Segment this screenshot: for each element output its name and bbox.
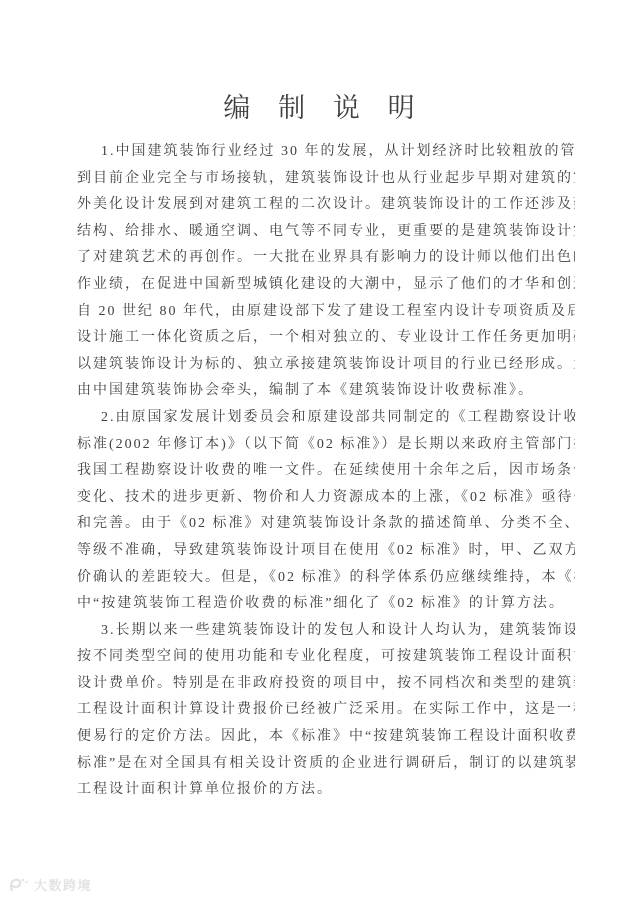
brand-logo-icon (9, 877, 29, 893)
text-line: 等级不准确，导致建筑装饰设计项目在使用《02 标准》时，甲、乙双方对计 (77, 538, 575, 565)
text-line: 设计施工一体化资质之后，一个相对独立的、专业设计工作任务更加明确的、 (77, 325, 575, 352)
paragraph-1: 1.中国建筑装饰行业经过 30 年的发展，从计划经济时比较粗放的管理 到目前企业… (77, 139, 575, 405)
text-line: 工程设计面积计算单位报价的方法。 (77, 777, 575, 804)
text-line: 1.中国建筑装饰行业经过 30 年的发展，从计划经济时比较粗放的管理 (77, 139, 575, 166)
text-line: 外美化设计发展到对建筑工程的二次设计。建筑装饰设计的工作还涉及建筑、 (77, 192, 575, 219)
paragraph-2: 2.由原国家发展计划委员会和原建设部共同制定的《工程勘察设计收费 标准(2002… (77, 405, 575, 618)
text-line: 由中国建筑装饰协会牵头，编制了本《建筑装饰设计收费标准》。 (77, 378, 575, 405)
text-line: 以建筑装饰设计为标的、独立承接建筑装饰设计项目的行业已经形成。为此， (77, 352, 575, 379)
text-line: 标准(2002 年修订本)》（以下简《02 标准》）是长期以来政府主管部门指导 (77, 432, 575, 459)
text-line: 3.长期以来一些建筑装饰设计的发包人和设计人均认为，建筑装饰设计 (77, 618, 575, 645)
page-title: 编 制 说 明 (0, 86, 640, 125)
watermark: 大数跨境 (9, 875, 92, 894)
text-line: 我国工程勘察设计收费的唯一文件。在延续使用十余年之后，因市场条件的 (77, 458, 575, 485)
text-line: 价确认的差距较大。但是，《02 标准》的科学体系仍应继续维持，本《标准》 (77, 565, 575, 592)
text-line: 自 20 世纪 80 年代，由原建设部下发了建设工程室内设计专项资质及后来的 (77, 299, 575, 326)
text-line: 到目前企业完全与市场接轨，建筑装饰设计也从行业起步早期对建筑的室内 (77, 166, 575, 193)
text-line: 按不同类型空间的使用功能和专业化程度，可按建筑装饰工程设计面积计算 (77, 644, 575, 671)
text-line: 中“按建筑装饰工程造价收费的标准”细化了《02 标准》的计算方法。 (77, 591, 575, 618)
text-line: 结构、给排水、暖通空调、电气等不同专业，更重要的是建筑装饰设计完成 (77, 219, 575, 246)
text-line: 了对建筑艺术的再创作。一大批在业界具有影响力的设计师以他们出色的工 (77, 245, 575, 272)
document-body: 1.中国建筑装饰行业经过 30 年的发展，从计划经济时比较粗放的管理 到目前企业… (77, 139, 575, 804)
text-line: 工程设计面积计算设计费报价已经被广泛采用。在实际工作中，这是一种简 (77, 697, 575, 724)
document-page: 编 制 说 明 1.中国建筑装饰行业经过 30 年的发展，从计划经济时比较粗放的… (0, 0, 640, 905)
text-line: 作业绩，在促进中国新型城镇化建设的大潮中，显示了他们的才华和创造力。 (77, 272, 575, 299)
text-line: 和完善。由于《02 标准》对建筑装饰设计条款的描述简单、分类不全、套用 (77, 511, 575, 538)
text-line: 变化、技术的进步更新、物价和人力资源成本的上涨，《02 标准》亟待修订 (77, 485, 575, 512)
text-line: 2.由原国家发展计划委员会和原建设部共同制定的《工程勘察设计收费 (77, 405, 575, 432)
text-line: 设计费单价。特别是在非政府投资的项目中，按不同档次和类型的建筑装饰 (77, 671, 575, 698)
watermark-text: 大数跨境 (34, 875, 92, 894)
text-line: 标准”是在对全国具有相关设计资质的企业进行调研后，制订的以建筑装饰 (77, 751, 575, 778)
paragraph-3: 3.长期以来一些建筑装饰设计的发包人和设计人均认为，建筑装饰设计 按不同类型空间… (77, 618, 575, 804)
text-line: 便易行的定价方法。因此，本《标准》中“按建筑装饰工程设计面积收费的 (77, 724, 575, 751)
